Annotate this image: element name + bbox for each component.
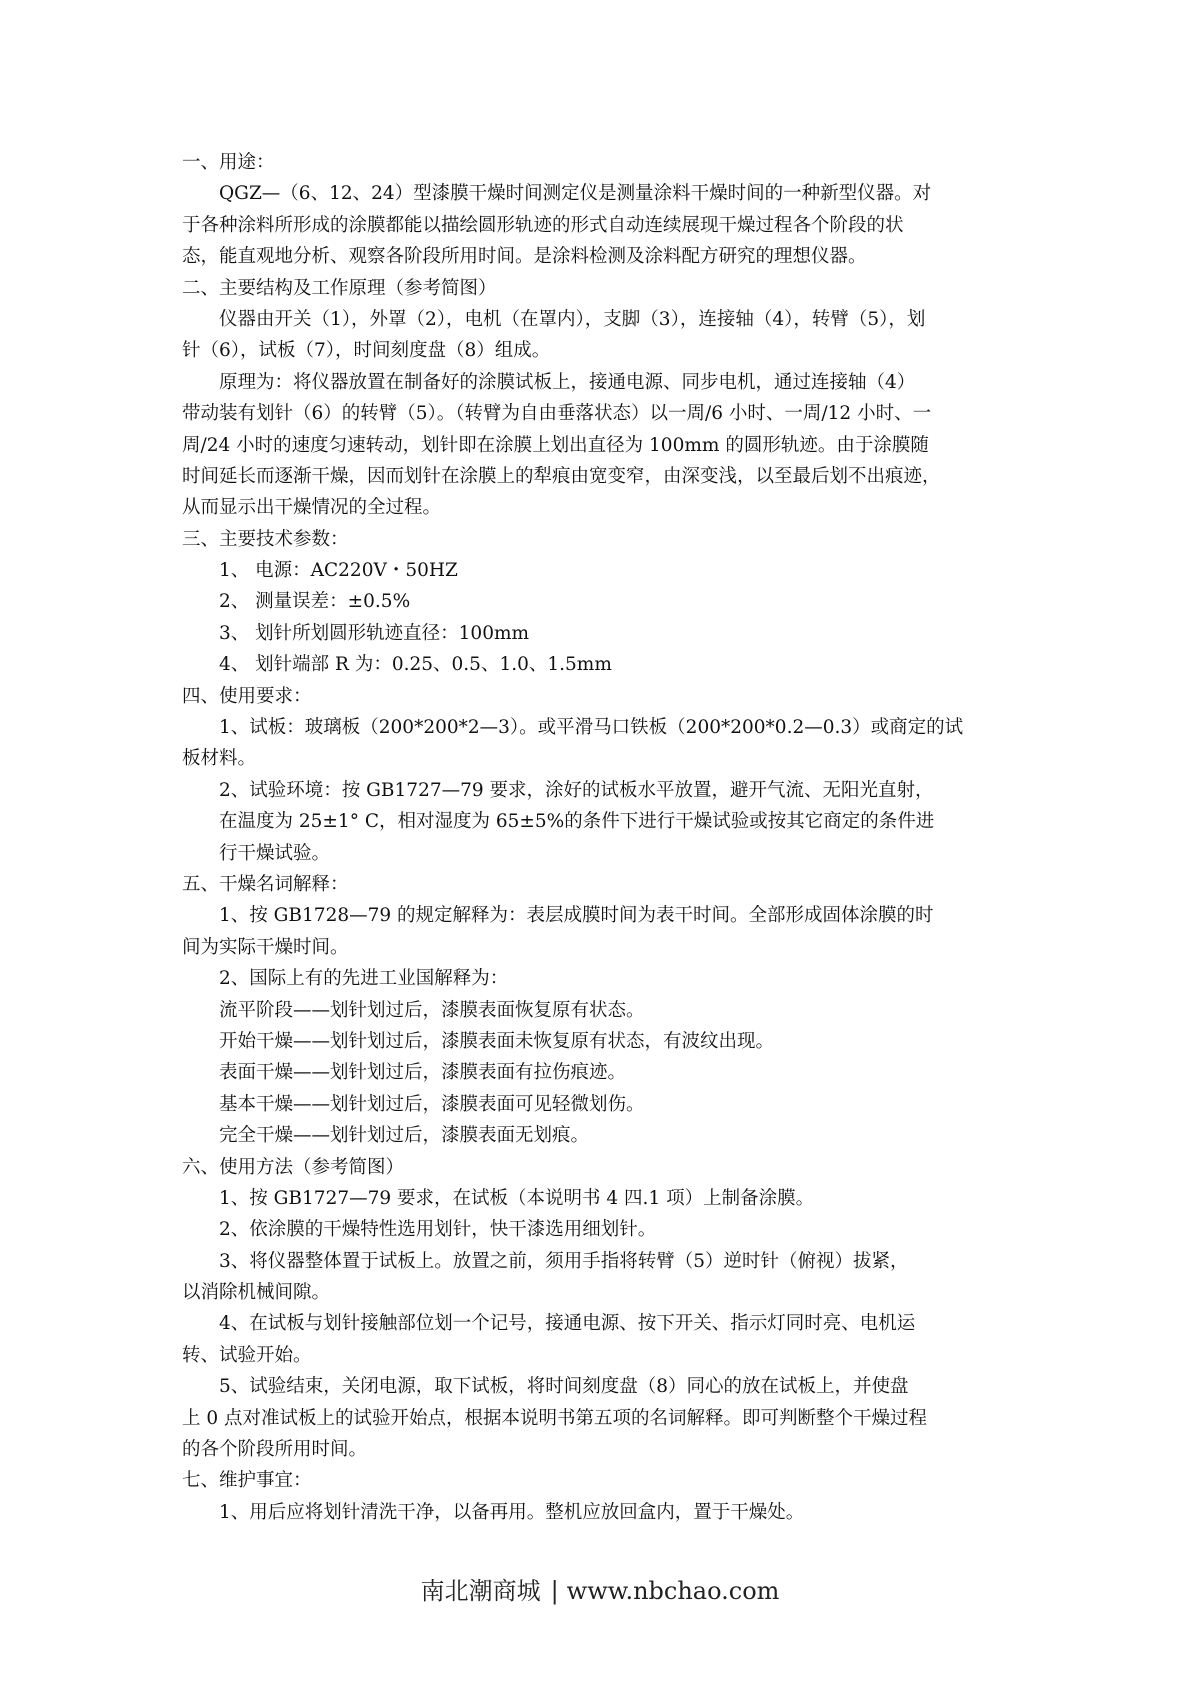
paragraph-line: 4、在试板与划针接触部位划一个记号，接通电源、按下开关、指示灯同时亮、电机运 (182, 1308, 1020, 1339)
paragraph-line: 态，能直观地分析、观察各阶段所用时间。是涂料检测及涂料配方研究的理想仪器。 (182, 241, 1020, 272)
term-definition: 完全干燥——划针划过后，漆膜表面无划痕。 (182, 1120, 1020, 1151)
section-maintenance: 七、维护事宜： 1、用后应将划针清洗干净，以备再用。整机应放回盒内，置于干燥处。 (182, 1465, 1020, 1528)
paragraph-line: QGZ—（6、12、24）型漆膜干燥时间测定仪是测量涂料干燥时间的一种新型仪器。… (182, 178, 1020, 209)
footer-separator: | (551, 1574, 559, 1608)
paragraph-line: 带动装有划针（6）的转臂（5）。（转臂为自由垂落状态）以一周/6 小时、一周/1… (182, 398, 1020, 429)
section-heading: 六、使用方法（参考简图） (182, 1152, 1020, 1183)
paragraph-line: 1、试板：玻璃板（200*200*2—3）。或平滑马口铁板（200*200*0.… (182, 712, 1020, 743)
section-usage-requirements: 四、使用要求： 1、试板：玻璃板（200*200*2—3）。或平滑马口铁板（20… (182, 681, 1020, 869)
paragraph-line: 周/24 小时的速度匀速转动，划针即在涂膜上划出直径为 100mm 的圆形轨迹。… (182, 430, 1020, 461)
paragraph-line: 3、将仪器整体置于试板上。放置之前，须用手指将转臂（5）逆时针（俯视）拔紧， (182, 1246, 1020, 1277)
paragraph-line: 在温度为 25±1° C，相对湿度为 65±5%的条件下进行干燥试验或按其它商定… (182, 806, 1020, 837)
footer-brand: 南北潮商城 (421, 1577, 541, 1605)
term-definition: 表面干燥——划针划过后，漆膜表面有拉伤痕迹。 (182, 1057, 1020, 1088)
section-heading: 二、主要结构及工作原理（参考简图） (182, 273, 1020, 304)
paragraph-line: 针（6），试板（7），时间刻度盘（8）组成。 (182, 335, 1020, 366)
paragraph-line: 间为实际干燥时间。 (182, 932, 1020, 963)
section-heading: 五、干燥名词解释： (182, 869, 1020, 900)
list-item: 2、 测量误差：±0.5% (182, 586, 1020, 617)
paragraph-line: 2、试验环境：按 GB1727—79 要求，涂好的试板水平放置，避开气流、无阳光… (182, 775, 1020, 806)
paragraph-line: 于各种涂料所形成的涂膜都能以描绘圆形轨迹的形式自动连续展现干燥过程各个阶段的状 (182, 210, 1020, 241)
paragraph-line: 板材料。 (182, 743, 1020, 774)
paragraph-line: 转、试验开始。 (182, 1340, 1020, 1371)
document-body: 一、用途： QGZ—（6、12、24）型漆膜干燥时间测定仪是测量涂料干燥时间的一… (182, 147, 1020, 1528)
section-heading: 一、用途： (182, 147, 1020, 178)
paragraph-line: 2、依涂膜的干燥特性选用划针，快干漆选用细划针。 (182, 1214, 1020, 1245)
section-heading: 三、主要技术参数： (182, 524, 1020, 555)
page-footer: 南北潮商城|www.nbchao.com (0, 1574, 1200, 1608)
paragraph-line: 5、试验结束，关闭电源，取下试板，将时间刻度盘（8）同心的放在试板上，并使盘 (182, 1371, 1020, 1402)
list-item: 3、 划针所划圆形轨迹直径：100mm (182, 618, 1020, 649)
term-definition: 开始干燥——划针划过后，漆膜表面未恢复原有状态，有波纹出现。 (182, 1026, 1020, 1057)
paragraph-line: 原理为：将仪器放置在制备好的涂膜试板上，接通电源、同步电机，通过连接轴（4） (182, 367, 1020, 398)
paragraph-line: 从而显示出干燥情况的全过程。 (182, 492, 1020, 523)
footer-url[interactable]: www.nbchao.com (567, 1577, 780, 1605)
section-heading: 四、使用要求： (182, 681, 1020, 712)
term-definition: 流平阶段——划针划过后，漆膜表面恢复原有状态。 (182, 995, 1020, 1026)
paragraph-line: 以消除机械间隙。 (182, 1277, 1020, 1308)
paragraph-line: 2、国际上有的先进工业国解释为： (182, 963, 1020, 994)
paragraph-line: 1、按 GB1728—79 的规定解释为：表层成膜时间为表干时间。全部形成固体涂… (182, 900, 1020, 931)
section-usage: 一、用途： QGZ—（6、12、24）型漆膜干燥时间测定仪是测量涂料干燥时间的一… (182, 147, 1020, 273)
section-drying-terms: 五、干燥名词解释： 1、按 GB1728—79 的规定解释为：表层成膜时间为表干… (182, 869, 1020, 1152)
section-technical-parameters: 三、主要技术参数： 1、 电源：AC220V・50HZ 2、 测量误差：±0.5… (182, 524, 1020, 681)
term-definition: 基本干燥——划针划过后，漆膜表面可见轻微划伤。 (182, 1089, 1020, 1120)
paragraph-line: 行干燥试验。 (182, 838, 1020, 869)
paragraph-line: 上 0 点对准试板上的试验开始点，根据本说明书第五项的名词解释。即可判断整个干燥… (182, 1403, 1020, 1434)
section-operating-method: 六、使用方法（参考简图） 1、按 GB1727—79 要求，在试板（本说明书 4… (182, 1152, 1020, 1466)
paragraph-line: 的各个阶段所用时间。 (182, 1434, 1020, 1465)
paragraph-line: 1、按 GB1727—79 要求，在试板（本说明书 4 四.1 项）上制备涂膜。 (182, 1183, 1020, 1214)
paragraph-line: 时间延长而逐渐干燥，因而划针在涂膜上的犁痕由宽变窄，由深变浅，以至最后划不出痕迹… (182, 461, 1020, 492)
section-heading: 七、维护事宜： (182, 1465, 1020, 1496)
section-structure-principle: 二、主要结构及工作原理（参考简图） 仪器由开关（1），外罩（2），电机（在罩内）… (182, 273, 1020, 524)
paragraph-line: 1、用后应将划针清洗干净，以备再用。整机应放回盒内，置于干燥处。 (182, 1497, 1020, 1528)
list-item: 4、 划针端部 R 为：0.25、0.5、1.0、1.5mm (182, 649, 1020, 680)
list-item: 1、 电源：AC220V・50HZ (182, 555, 1020, 586)
paragraph-line: 仪器由开关（1），外罩（2），电机（在罩内），支脚（3），连接轴（4），转臂（5… (182, 304, 1020, 335)
